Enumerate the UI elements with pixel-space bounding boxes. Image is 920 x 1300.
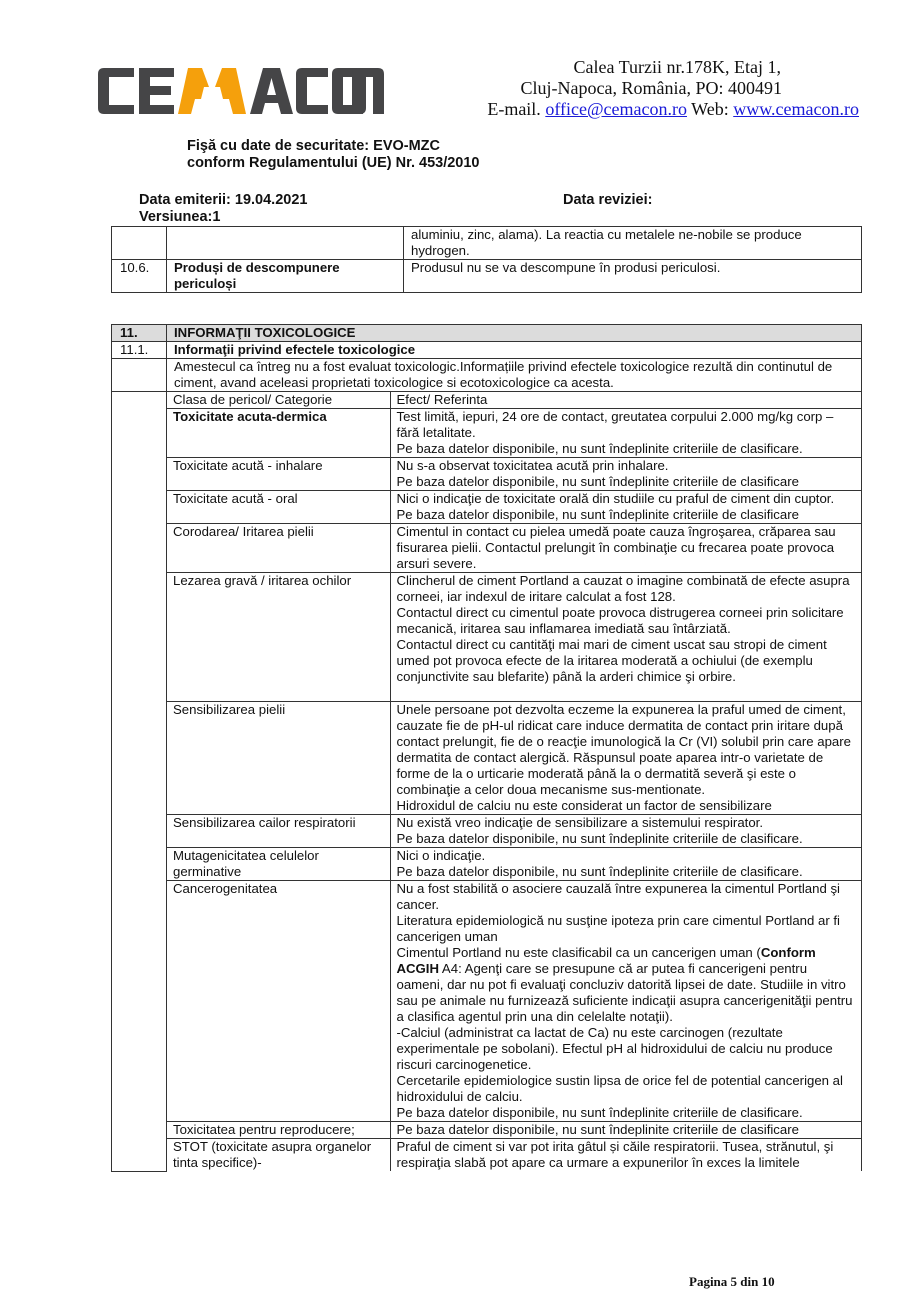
col-header-effect: Efect/ Referinta (390, 392, 861, 409)
hazard-class: Toxicitate acuta-dermica (167, 409, 390, 458)
hazard-effect: Praful de ciment si var pot irita gâtul … (390, 1139, 861, 1172)
hazard-table-cell: Clasa de pericol/ Categorie Efect/ Refer… (167, 392, 862, 1172)
intro-row: Amestecul ca întreg nu a fost evaluat to… (112, 359, 862, 392)
effect-line: Clincherul de ciment Portland a cauzat o… (397, 573, 856, 605)
email-label: E-mail. (487, 99, 540, 119)
address-line-2: Cluj-Napoca, România, PO: 400491 (487, 78, 859, 99)
table-row: Mutagenicitatea celulelor germinativeNic… (167, 848, 861, 881)
title-line-2: conform Regulamentului (UE) Nr. 453/2010 (187, 155, 480, 172)
company-address: Calea Turzii nr.178K, Etaj 1, Cluj-Napoc… (487, 57, 859, 120)
effect-line: Nu a fost stabilită o asociere cauzală î… (397, 881, 856, 913)
empty-cell (112, 359, 167, 392)
table-row: Lezarea gravă / iritarea ochilorClincher… (167, 573, 861, 702)
row-text: Produsul nu se va descompune în produsi … (404, 260, 862, 293)
hazard-effect: Nu a fost stabilită o asociere cauzală î… (390, 881, 861, 1122)
table-row: Sensibilizarea pieliiUnele persoane pot … (167, 702, 861, 815)
hazard-effect: Cimentul in contact cu pielea umedă poat… (390, 524, 861, 573)
row-number: 10.6. (112, 260, 167, 293)
row-label (167, 227, 404, 260)
hazard-table-header: Clasa de pericol/ Categorie Efect/ Refer… (167, 392, 861, 409)
effect-line: Literatura epidemiologică nu susţine ipo… (397, 913, 856, 945)
effect-line: Pe baza datelor disponibile, nu sunt înd… (397, 507, 856, 523)
acgih-before: Cimentul Portland nu este clasificabil c… (397, 945, 761, 960)
subsection-number: 11.1. (112, 342, 167, 359)
table-row: Toxicitate acută - inhalareNu s-a observ… (167, 458, 861, 491)
revision-date: Data reviziei: (563, 192, 652, 208)
hazard-class: Toxicitate acută - oral (167, 491, 390, 524)
subsection-title: Informaţii privind efectele toxicologice (167, 342, 862, 359)
effect-line: Pe baza datelor disponibile, nu sunt înd… (397, 831, 856, 847)
effect-line: Pe baza datelor disponibile, nu sunt înd… (397, 474, 856, 490)
hazard-effect: Nici o indicaţie de toxicitate orală din… (390, 491, 861, 524)
table-row: aluminiu, zinc, alama). La reactia cu me… (112, 227, 862, 260)
hazard-effect: Nu există vreo indicaţie de sensibilizar… (390, 815, 861, 848)
section-number: 11. (112, 325, 167, 342)
logo-letter-n (352, 68, 384, 114)
hazard-effect: Unele persoane pot dezvolta eczeme la ex… (390, 702, 861, 815)
hazard-class: Toxicitate acută - inhalare (167, 458, 390, 491)
email-link[interactable]: office@cemacon.ro (545, 99, 687, 119)
effect-line: Unele persoane pot dezvolta eczeme la ex… (397, 702, 856, 798)
hazard-effect: Nici o indicaţie.Pe baza datelor disponi… (390, 848, 861, 881)
hazard-class: Sensibilizarea cailor respiratorii (167, 815, 390, 848)
effect-line: Nici o indicaţie de toxicitate orală din… (397, 491, 856, 507)
effect-line: -Calciul (administrat ca lactat de Ca) n… (397, 1025, 856, 1073)
table-row: Toxicitatea pentru reproducere;Pe baza d… (167, 1122, 861, 1139)
effect-line: Contactul direct cu cimentul poate provo… (397, 605, 856, 637)
hazard-effect: Pe baza datelor disponibile, nu sunt înd… (390, 1122, 861, 1139)
effect-line: Cimentul in contact cu pielea umedă poat… (397, 524, 856, 572)
effect-line: Pe baza datelor disponibile, nu sunt înd… (397, 1105, 856, 1121)
subsection-row: 11.1. Informaţii privind efectele toxico… (112, 342, 862, 359)
hazard-class: Toxicitatea pentru reproducere; (167, 1122, 390, 1139)
title-line-1: Fişă cu date de securitate: EVO-MZC (187, 138, 480, 155)
empty-cell (112, 392, 167, 1172)
hazard-effect: Clincherul de ciment Portland a cauzat o… (390, 573, 861, 702)
page-number: Pagina 5 din 10 (689, 1274, 775, 1290)
document-title: Fişă cu date de securitate: EVO-MZC conf… (187, 138, 480, 172)
table-row: STOT (toxicitate asupra organelor tinta … (167, 1139, 861, 1172)
intro-text: Amestecul ca întreg nu a fost evaluat to… (167, 359, 862, 392)
section-header-row: 11. INFORMAŢII TOXICOLOGICE (112, 325, 862, 342)
row-label: Produși de descompunere periculoși (167, 260, 404, 293)
hazard-class: Sensibilizarea pielii (167, 702, 390, 815)
effect-line: Pe baza datelor disponibile, nu sunt înd… (397, 864, 856, 880)
hazard-class: Mutagenicitatea celulelor germinative (167, 848, 390, 881)
table-row: Corodarea/ Iritarea pieliiCimentul in co… (167, 524, 861, 573)
table-row: Toxicitate acuta-dermicaTest limită, iep… (167, 409, 861, 458)
effect-line: Pe baza datelor disponibile, nu sunt înd… (397, 1122, 856, 1138)
effect-line: Nici o indicaţie. (397, 848, 856, 864)
table-row: 10.6. Produși de descompunere periculoși… (112, 260, 862, 293)
table-row: CancerogenitateaNu a fost stabilită o as… (167, 881, 861, 1122)
web-link[interactable]: www.cemacon.ro (733, 99, 859, 119)
acgih-after: A4: Agenţi care se presupune că ar putea… (397, 961, 853, 1024)
hazard-effect: Nu s-a observat toxicitatea acută prin i… (390, 458, 861, 491)
effect-line: Hidroxidul de calciu nu este considerat … (397, 798, 856, 814)
issue-info: Data emiterii: 19.04.2021 Versiunea:1 (139, 192, 307, 225)
table-row: Toxicitate acută - oralNici o indicaţie … (167, 491, 861, 524)
effect-line: Contactul direct cu cantităţi mai mari d… (397, 637, 856, 685)
section-10-table: aluminiu, zinc, alama). La reactia cu me… (111, 226, 862, 293)
effect-line: Nu s-a observat toxicitatea acută prin i… (397, 458, 856, 474)
contact-line: E-mail. office@cemacon.ro Web: www.cemac… (487, 99, 859, 120)
web-label: Web: (691, 99, 729, 119)
section-11-table: 11. INFORMAŢII TOXICOLOGICE 11.1. Inform… (111, 324, 862, 1172)
hazard-table: Clasa de pericol/ Categorie Efect/ Refer… (167, 392, 861, 1171)
section-title: INFORMAŢII TOXICOLOGICE (167, 325, 862, 342)
version: Versiunea:1 (139, 209, 307, 226)
effect-line: Pe baza datelor disponibile, nu sunt înd… (397, 441, 856, 457)
col-header-hazard-class: Clasa de pericol/ Categorie (167, 392, 390, 409)
effect-line: Test limită, iepuri, 24 ore de contact, … (397, 409, 856, 441)
row-text: aluminiu, zinc, alama). La reactia cu me… (404, 227, 862, 260)
hazard-effect: Test limită, iepuri, 24 ore de contact, … (390, 409, 861, 458)
acgih-line: Cimentul Portland nu este clasificabil c… (397, 945, 856, 1025)
hazard-table-row: Clasa de pericol/ Categorie Efect/ Refer… (112, 392, 862, 1172)
effect-line: Nu există vreo indicaţie de sensibilizar… (397, 815, 856, 831)
effect-line: Praful de ciment si var pot irita gâtul … (397, 1139, 856, 1171)
hazard-class: Corodarea/ Iritarea pielii (167, 524, 390, 573)
effect-line: Cercetarile epidemiologice sustin lipsa … (397, 1073, 856, 1105)
hazard-class: Lezarea gravă / iritarea ochilor (167, 573, 390, 702)
issue-date: Data emiterii: 19.04.2021 (139, 192, 307, 209)
hazard-class: Cancerogenitatea (167, 881, 390, 1122)
row-number (112, 227, 167, 260)
table-row: Sensibilizarea cailor respiratoriiNu exi… (167, 815, 861, 848)
company-logo (98, 68, 384, 114)
address-line-1: Calea Turzii nr.178K, Etaj 1, (487, 57, 859, 78)
hazard-class: STOT (toxicitate asupra organelor tinta … (167, 1139, 390, 1172)
